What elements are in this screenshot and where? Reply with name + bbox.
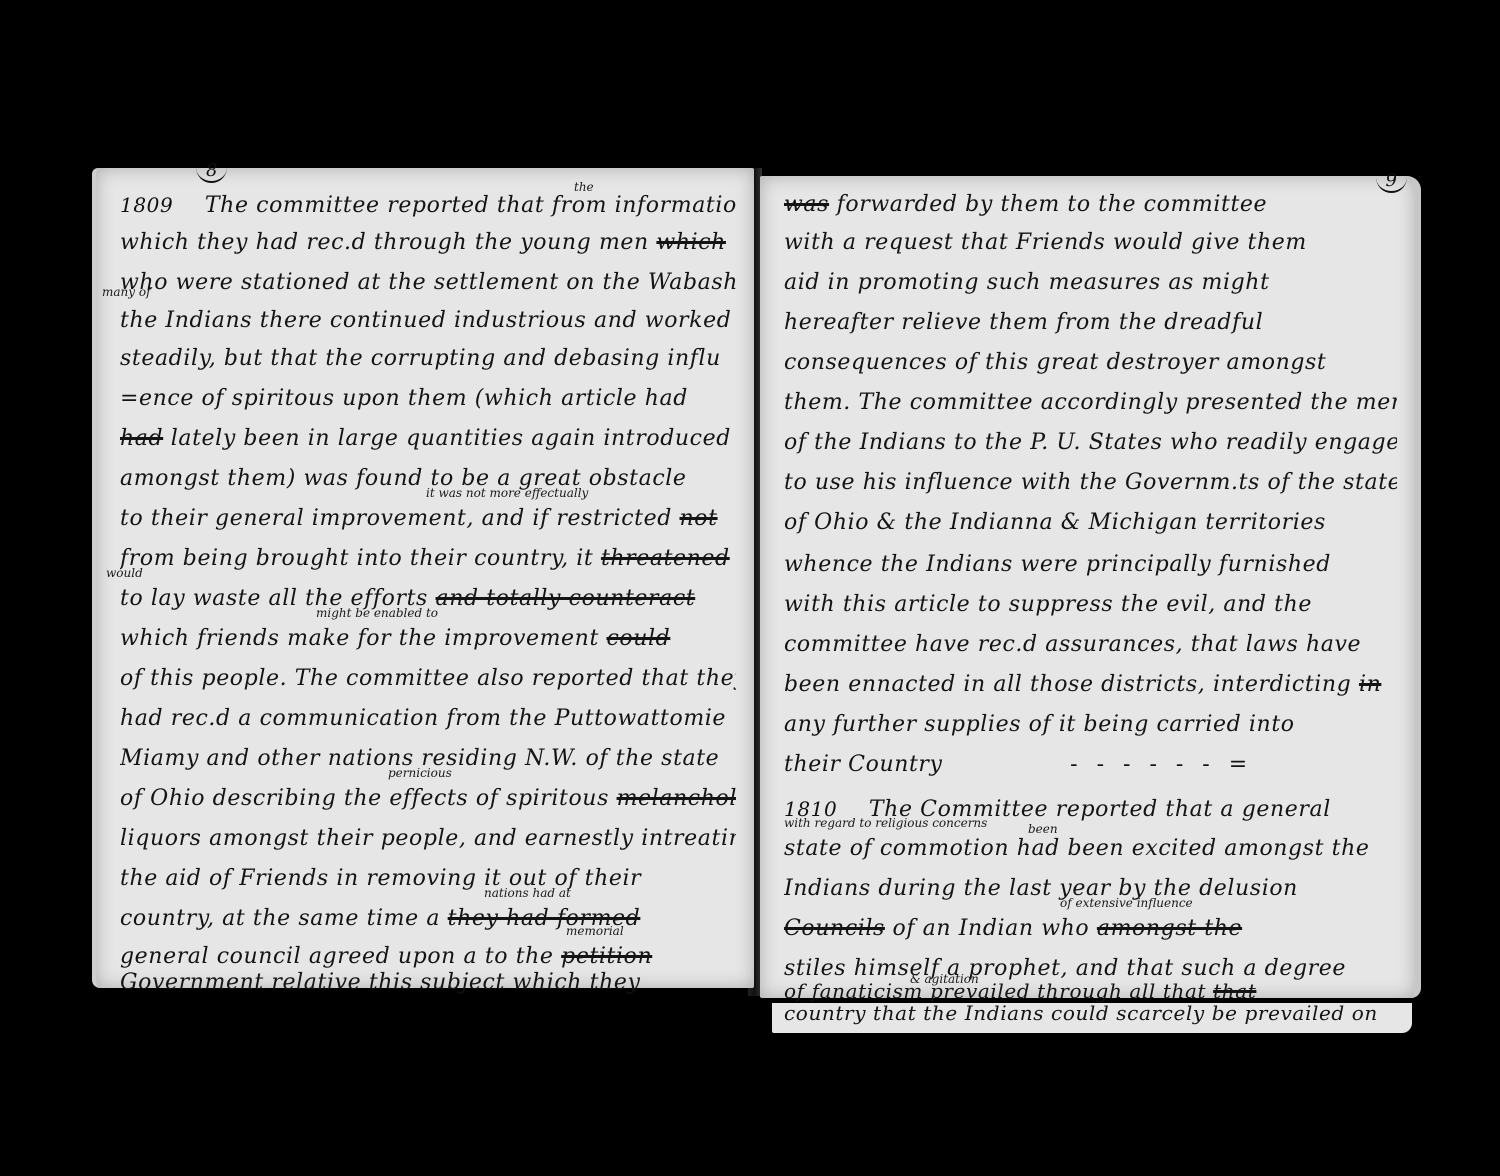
struck-text: and totally counteract (436, 586, 696, 611)
struck-text: petition (561, 944, 652, 969)
struck-text: amongst the (1097, 916, 1242, 941)
page-number-left: 8 (196, 160, 227, 183)
right-page: 9 was forwarded by them to the committee… (760, 176, 1421, 998)
manuscript-line: their Country - - - - - - = (784, 742, 1397, 788)
struck-text: was (784, 192, 829, 217)
struck-text: that (1213, 979, 1256, 1003)
interlinear-insertion: many of (102, 285, 151, 299)
struck-text: in (1359, 672, 1381, 697)
struck-text: threatened (601, 546, 730, 571)
struck-text: not (680, 506, 718, 531)
section-divider: - - - - - - = (1070, 742, 1253, 788)
right-page-bottom-strip: country that the Indians could scarcely … (772, 1003, 1412, 1033)
left-page: 8 1809 The committee reported that from … (92, 168, 754, 988)
struck-text: could (607, 626, 671, 651)
struck-text: which (656, 230, 726, 255)
struck-text: melancholy (617, 786, 736, 811)
year-marker: 1809 (120, 193, 173, 217)
struck-text: Councils (784, 916, 885, 941)
manuscript-line: country that the Indians could scarcely … (784, 1003, 1394, 1033)
struck-text: had (120, 426, 163, 451)
manuscript-line: of Ohio & the Indianna & Michigan territ… (784, 500, 1397, 546)
manuscript-line: of fanaticism prevailed through all that… (784, 976, 1397, 1006)
interlinear-insertion: the (574, 180, 594, 194)
manuscript-line: Government relative this subject which t… (120, 968, 736, 998)
